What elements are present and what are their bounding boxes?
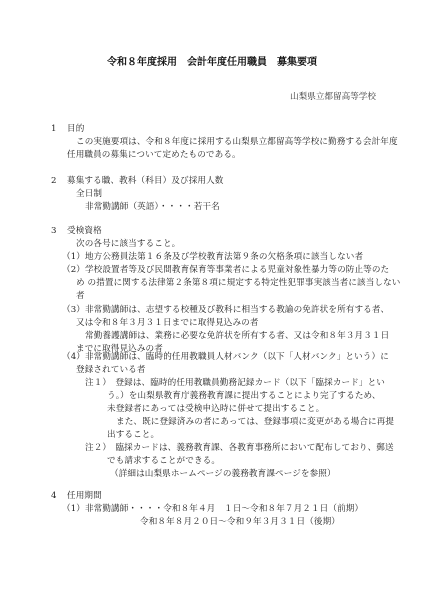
section-1-line: 任用職員の募集について定めたものである。: [67, 150, 241, 161]
section-3-line: め の措置に関する法律第２条第８項に規定する特定性犯罪事実該当者に該当しない: [76, 278, 401, 289]
document-title: 令和８年度採用 会計年度任用職員 募集要項: [0, 56, 424, 69]
section-3-line: 次の各号に該当すること。: [76, 239, 180, 250]
section-3-number: 3: [51, 226, 57, 237]
section-1-line: この実施要項は、令和８年度に採用する山梨県立都留高等学校に勤務する会計年度: [76, 137, 398, 148]
section-3-heading: 受検資格: [67, 226, 102, 237]
section-3-note: 出すること。: [107, 430, 159, 441]
section-1-heading: 目的: [67, 124, 84, 135]
section-3-note: また、既に登録済みの者にあっては、登録事項に変更がある場合に再提: [116, 417, 394, 428]
section-3-note: （詳細は山梨県ホームページの義務教育課ページを参照）: [110, 469, 336, 480]
section-3-line: 又は令和８年３月３１日までに取得見込みの者: [76, 318, 259, 329]
section-2-number: 2: [51, 176, 57, 187]
section-2-line: 非常勤講師（英語）・・・・若干名: [85, 202, 220, 213]
section-4-line: （1）非常勤講師・・・・令和８年４月 １日～令和８年７月２１日（前期）: [62, 504, 363, 515]
section-4-heading: 任用期間: [67, 491, 102, 502]
section-3-line: （3）非常勤講師は、志望する校種及び教科に相当する教諭の免許状を所有する者、: [62, 305, 389, 316]
document-page: 令和８年度採用 会計年度任用職員 募集要項 山梨県立都留高等学校 1 目的 この…: [0, 0, 424, 600]
section-3-note: 注１） 登録は、臨時的任用教職員勤務記録カード（以下「臨採カード」とい: [85, 378, 385, 389]
section-1-number: 1: [51, 124, 57, 135]
section-3-note: 未登録者にあっては受検申込時に併せて提出すること。: [107, 404, 324, 415]
section-3-note: う。）を山梨県教育庁義務教育課に提出することにより完了するため、: [107, 391, 381, 402]
section-2-heading: 募集する職、教科（科目）及び採用人数: [67, 176, 224, 187]
section-3-line: （2）学校設置者等及び民間教育保育等事業者による児童対象性暴力等の防止等のた: [62, 265, 389, 276]
section-3-line: 常勤養護講師は、業務に必要な免許状を所有する者、又は令和８年３月３１日: [85, 331, 389, 342]
section-3-line: （1）地方公務員法第１６条及び学校教育法第９条の欠格条項に該当しない者: [62, 252, 363, 263]
section-4-line: 令和８年８月２０日～令和９年３月３１日（後期）: [140, 517, 340, 528]
section-3-line: 者: [76, 291, 85, 302]
section-3-line: （4）非常勤講師は、臨時的任用教職員人材バンク（以下「人材バンク」という）に: [62, 352, 389, 363]
organization-name: 山梨県立都留高等学校: [290, 92, 376, 103]
section-3-note: でも請求することができる。: [107, 456, 220, 467]
section-3-line: 登録されている者: [76, 365, 146, 376]
section-3-note: 注２） 臨採カードは、義務教育課、各教育事務所において配布しており、郵送: [85, 443, 394, 454]
section-4-number: 4: [51, 491, 57, 502]
section-2-line: 全日制: [76, 189, 102, 200]
